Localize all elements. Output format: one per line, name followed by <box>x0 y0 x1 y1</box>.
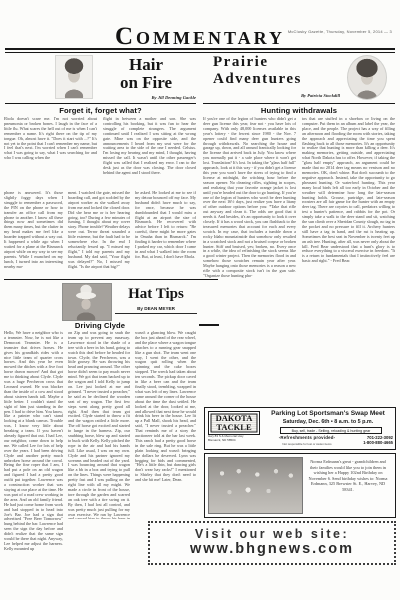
header-rule <box>5 48 395 53</box>
newspaper-commentary-page: McClusky Gazette, Thursday, November 5, … <box>0 0 400 600</box>
ad-phones: 701-222-3092 1-800-880-4665 <box>351 435 393 446</box>
advertiser-address: Hwy 83 S & Memorial Hwy Bismarck, ND 585… <box>208 435 264 442</box>
masthead-hair-on-fire-line1: Hair <box>96 56 196 73</box>
headline-hunting-withdrawals: Hunting withdrawals <box>203 106 395 115</box>
ad-phone2: 1-800-880-4665 <box>351 440 393 445</box>
masthead-rule-left <box>5 103 196 104</box>
column-tick-rule <box>199 324 219 326</box>
website-ad: Visit our web site: www.bhgnews.com <box>148 521 396 565</box>
article-column: tos that are stuffed in a shoebox or liv… <box>302 117 395 400</box>
byline-jill: By Jill Denning Gackle <box>96 95 196 100</box>
ad-datetime: Saturday, Dec. 6th • 8 a.m. to 5 p.m. <box>263 419 393 425</box>
article-column: flight in between a mother and son. She … <box>103 117 196 189</box>
headline-driving-clyde: Driving Clyde <box>4 321 196 330</box>
dakota-tackle-logo: DAKOTA TACKLE <box>208 411 260 435</box>
address-line2: Bismarck, ND 58504 <box>208 439 264 443</box>
byline-patricia: By Patricia Stockdill <box>240 93 340 98</box>
masthead-hat-tips: Hat Tips <box>115 287 197 302</box>
page-title: Commentary <box>0 24 400 49</box>
article-column: he asked. He looked at me to see if my d… <box>135 191 196 276</box>
article-column: phone is answered. It's those slightly f… <box>4 191 63 276</box>
headline-forget-it: Forget it, forget what? <box>5 106 196 115</box>
birthday-message: Norma Erdmann's great - grandchildren an… <box>306 459 390 492</box>
website-line2: www.bhgnews.com <box>150 541 394 557</box>
ad-title: Parking Lot Sportsman's Swap Meet <box>263 410 393 417</box>
article-column: wasn't a glancing blow. We caught the bo… <box>135 331 196 517</box>
article-column: Hello, We have a neighbor who is a teams… <box>4 331 63 560</box>
masthead-rule-right <box>203 103 395 104</box>
section-divider <box>4 279 218 280</box>
article-column: Ebola doesn't scare me. I'm not worried … <box>4 117 97 189</box>
article-column: ment. I watched the gate, missed the boa… <box>68 191 130 276</box>
logo-text-line2: TACKLE <box>209 423 259 432</box>
ad-disclaimer: Not responsible for lost or stolen items <box>263 442 351 446</box>
author-photo-jill <box>55 55 93 99</box>
author-photo-dean <box>62 283 112 321</box>
ad-tagline: Buy, sell, trade - Selling, reloading & … <box>280 427 382 434</box>
swap-meet-ad: DAKOTA TACKLE Hwy 83 S & Memorial Hwy Bi… <box>204 407 396 450</box>
birthday-ad: Norma Erdmann's great - grandchildren an… <box>204 453 396 518</box>
masthead-hair-on-fire-line2: on Fire <box>96 74 196 91</box>
masthead-prairie-line2: Adventures <box>213 72 343 87</box>
website-line1: Visit our web site: <box>150 527 394 541</box>
article-column: If you're one of the legion of hunters w… <box>203 117 296 405</box>
masthead-prairie-line1: Prairie <box>213 55 343 70</box>
birthday-group-photo <box>208 457 303 514</box>
author-photo-patricia <box>347 55 387 100</box>
ad-refreshments: -Refreshments provided- <box>267 435 347 440</box>
article-column: on Zip and was going to snub the team up… <box>68 331 130 519</box>
byline-dean: By DEAN MEYER <box>115 306 197 314</box>
